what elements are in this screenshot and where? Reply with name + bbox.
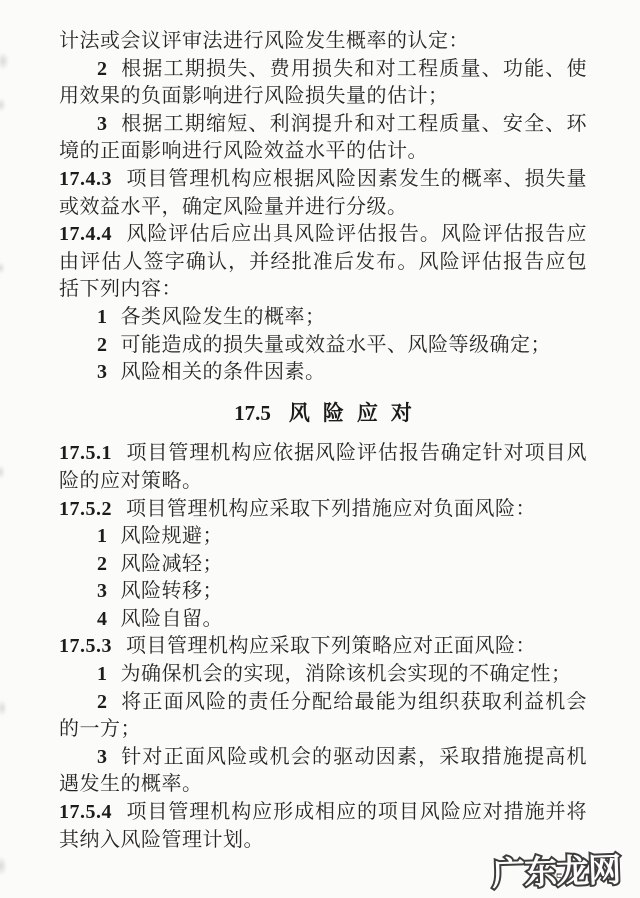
clause-17-5-2: 17.5.2项目管理机构应采取下列措施应对负面风险： [59, 496, 587, 524]
scanned-page: 计法或会议评审法进行风险发生概率的认定： 2根据工期损失、费用损失和对工程质量、… [0, 0, 640, 898]
item-number: 4 [97, 608, 108, 630]
clause-number: 17.4.3 [59, 168, 112, 190]
clause-number: 17.4.4 [59, 223, 112, 245]
paragraph-text: 计法或会议评审法进行风险发生概率的认定： [59, 30, 469, 52]
clause-text: 项目管理机构应采取下列措施应对负面风险： [126, 498, 536, 520]
clause-text: 项目管理机构应采取下列策略应对正面风险： [126, 635, 536, 657]
watermark-logo: 广东龙网 [491, 844, 621, 895]
item-number: 1 [97, 525, 108, 547]
item-number: 3 [97, 113, 108, 135]
clause-number: 17.5.1 [59, 442, 112, 464]
paragraph-continuation: 计法或会议评审法进行风险发生概率的认定： [59, 28, 587, 56]
list-item: 1为确保机会的实现，消除该机会实现的不确定性； [59, 661, 587, 689]
clause-text: 风险评估后应出具风险评估报告。风险评估报告应由评估人签字确认，并经批准后发布。风… [59, 223, 587, 300]
item-text: 风险自留。 [121, 608, 224, 630]
section-heading-17-5: 17.5风险应对 [59, 400, 587, 428]
item-text: 针对正面风险或机会的驱动因素，采取措施提高机遇发生的概率。 [59, 746, 587, 796]
scan-artifact [0, 98, 6, 112]
item-number: 3 [97, 361, 108, 383]
clause-number: 17.5.4 [59, 801, 112, 823]
item-number: 2 [97, 334, 108, 356]
list-item: 2将正面风险的责任分配给最能为组织获取利益机会的一方； [59, 689, 587, 744]
page-content: 计法或会议评审法进行风险发生概率的认定： 2根据工期损失、费用损失和对工程质量、… [59, 28, 587, 854]
item-text: 风险减轻； [121, 553, 224, 575]
list-item: 2风险减轻； [59, 551, 587, 579]
item-text: 为确保机会的实现，消除该机会实现的不确定性； [121, 663, 572, 685]
item-text: 将正面风险的责任分配给最能为组织获取利益机会的一方； [59, 691, 587, 741]
list-item: 2可能造成的损失量或效益水平、风险等级确定； [59, 332, 587, 360]
clause-number: 17.5.2 [59, 498, 112, 520]
scan-artifact [0, 52, 9, 70]
clause-17-5-1: 17.5.1项目管理机构应依据风险评估报告确定针对项目风险的应对策略。 [59, 440, 587, 495]
list-item: 3风险相关的条件因素。 [59, 359, 587, 387]
item-text: 风险规避； [121, 525, 224, 547]
item-text: 风险转移； [121, 580, 224, 602]
list-item: 3针对正面风险或机会的驱动因素，采取措施提高机遇发生的概率。 [59, 744, 587, 799]
scan-artifact [0, 700, 7, 716]
item-text: 风险相关的条件因素。 [121, 361, 326, 383]
list-item: 1各类风险发生的概率； [59, 304, 587, 332]
item-number: 3 [97, 746, 108, 768]
clause-text: 项目管理机构应依据风险评估报告确定针对项目风险的应对策略。 [59, 442, 587, 492]
item-number: 2 [97, 58, 108, 80]
item-text: 根据工期缩短、利润提升和对工程质量、安全、环境的正面影响进行风险效益水平的估计。 [59, 113, 587, 163]
item-number: 3 [97, 580, 108, 602]
scan-artifact [0, 262, 5, 274]
item-text: 根据工期损失、费用损失和对工程质量、功能、使用效果的负面影响进行风险损失量的估计… [59, 58, 587, 108]
clause-text: 项目管理机构应根据风险因素发生的概率、损失量或效益水平，确定风险量并进行分级。 [59, 168, 587, 218]
item-number: 2 [97, 691, 108, 713]
list-item: 3风险转移； [59, 578, 587, 606]
document-page: { "page": { "watermark_text": "广东龙网", "p… [0, 0, 640, 898]
section-title: 风险应对 [289, 401, 425, 425]
section-number: 17.5 [234, 401, 271, 425]
item-number: 1 [97, 663, 108, 685]
clause-number: 17.5.3 [59, 635, 112, 657]
item-text: 可能造成的损失量或效益水平、风险等级确定； [121, 334, 552, 356]
clause-17-5-3: 17.5.3项目管理机构应采取下列策略应对正面风险： [59, 633, 587, 661]
item-number: 1 [97, 306, 108, 328]
list-item: 1风险规避； [59, 523, 587, 551]
clause-17-4-4: 17.4.4风险评估后应出具风险评估报告。风险评估报告应由评估人签字确认，并经批… [59, 221, 587, 304]
clause-17-5-4: 17.5.4项目管理机构应形成相应的项目风险应对措施并将其纳入风险管理计划。 [59, 799, 587, 854]
item-text: 各类风险发生的概率； [121, 306, 326, 328]
list-item: 3根据工期缩短、利润提升和对工程质量、安全、环境的正面影响进行风险效益水平的估计… [59, 111, 587, 166]
scan-artifact [0, 465, 5, 479]
list-item: 4风险自留。 [59, 606, 587, 634]
item-number: 2 [97, 553, 108, 575]
list-item: 2根据工期损失、费用损失和对工程质量、功能、使用效果的负面影响进行风险损失量的估… [59, 56, 587, 111]
scan-artifact [0, 856, 7, 876]
clause-17-4-3: 17.4.3项目管理机构应根据风险因素发生的概率、损失量或效益水平，确定风险量并… [59, 166, 587, 221]
clause-text: 项目管理机构应形成相应的项目风险应对措施并将其纳入风险管理计划。 [59, 801, 587, 851]
